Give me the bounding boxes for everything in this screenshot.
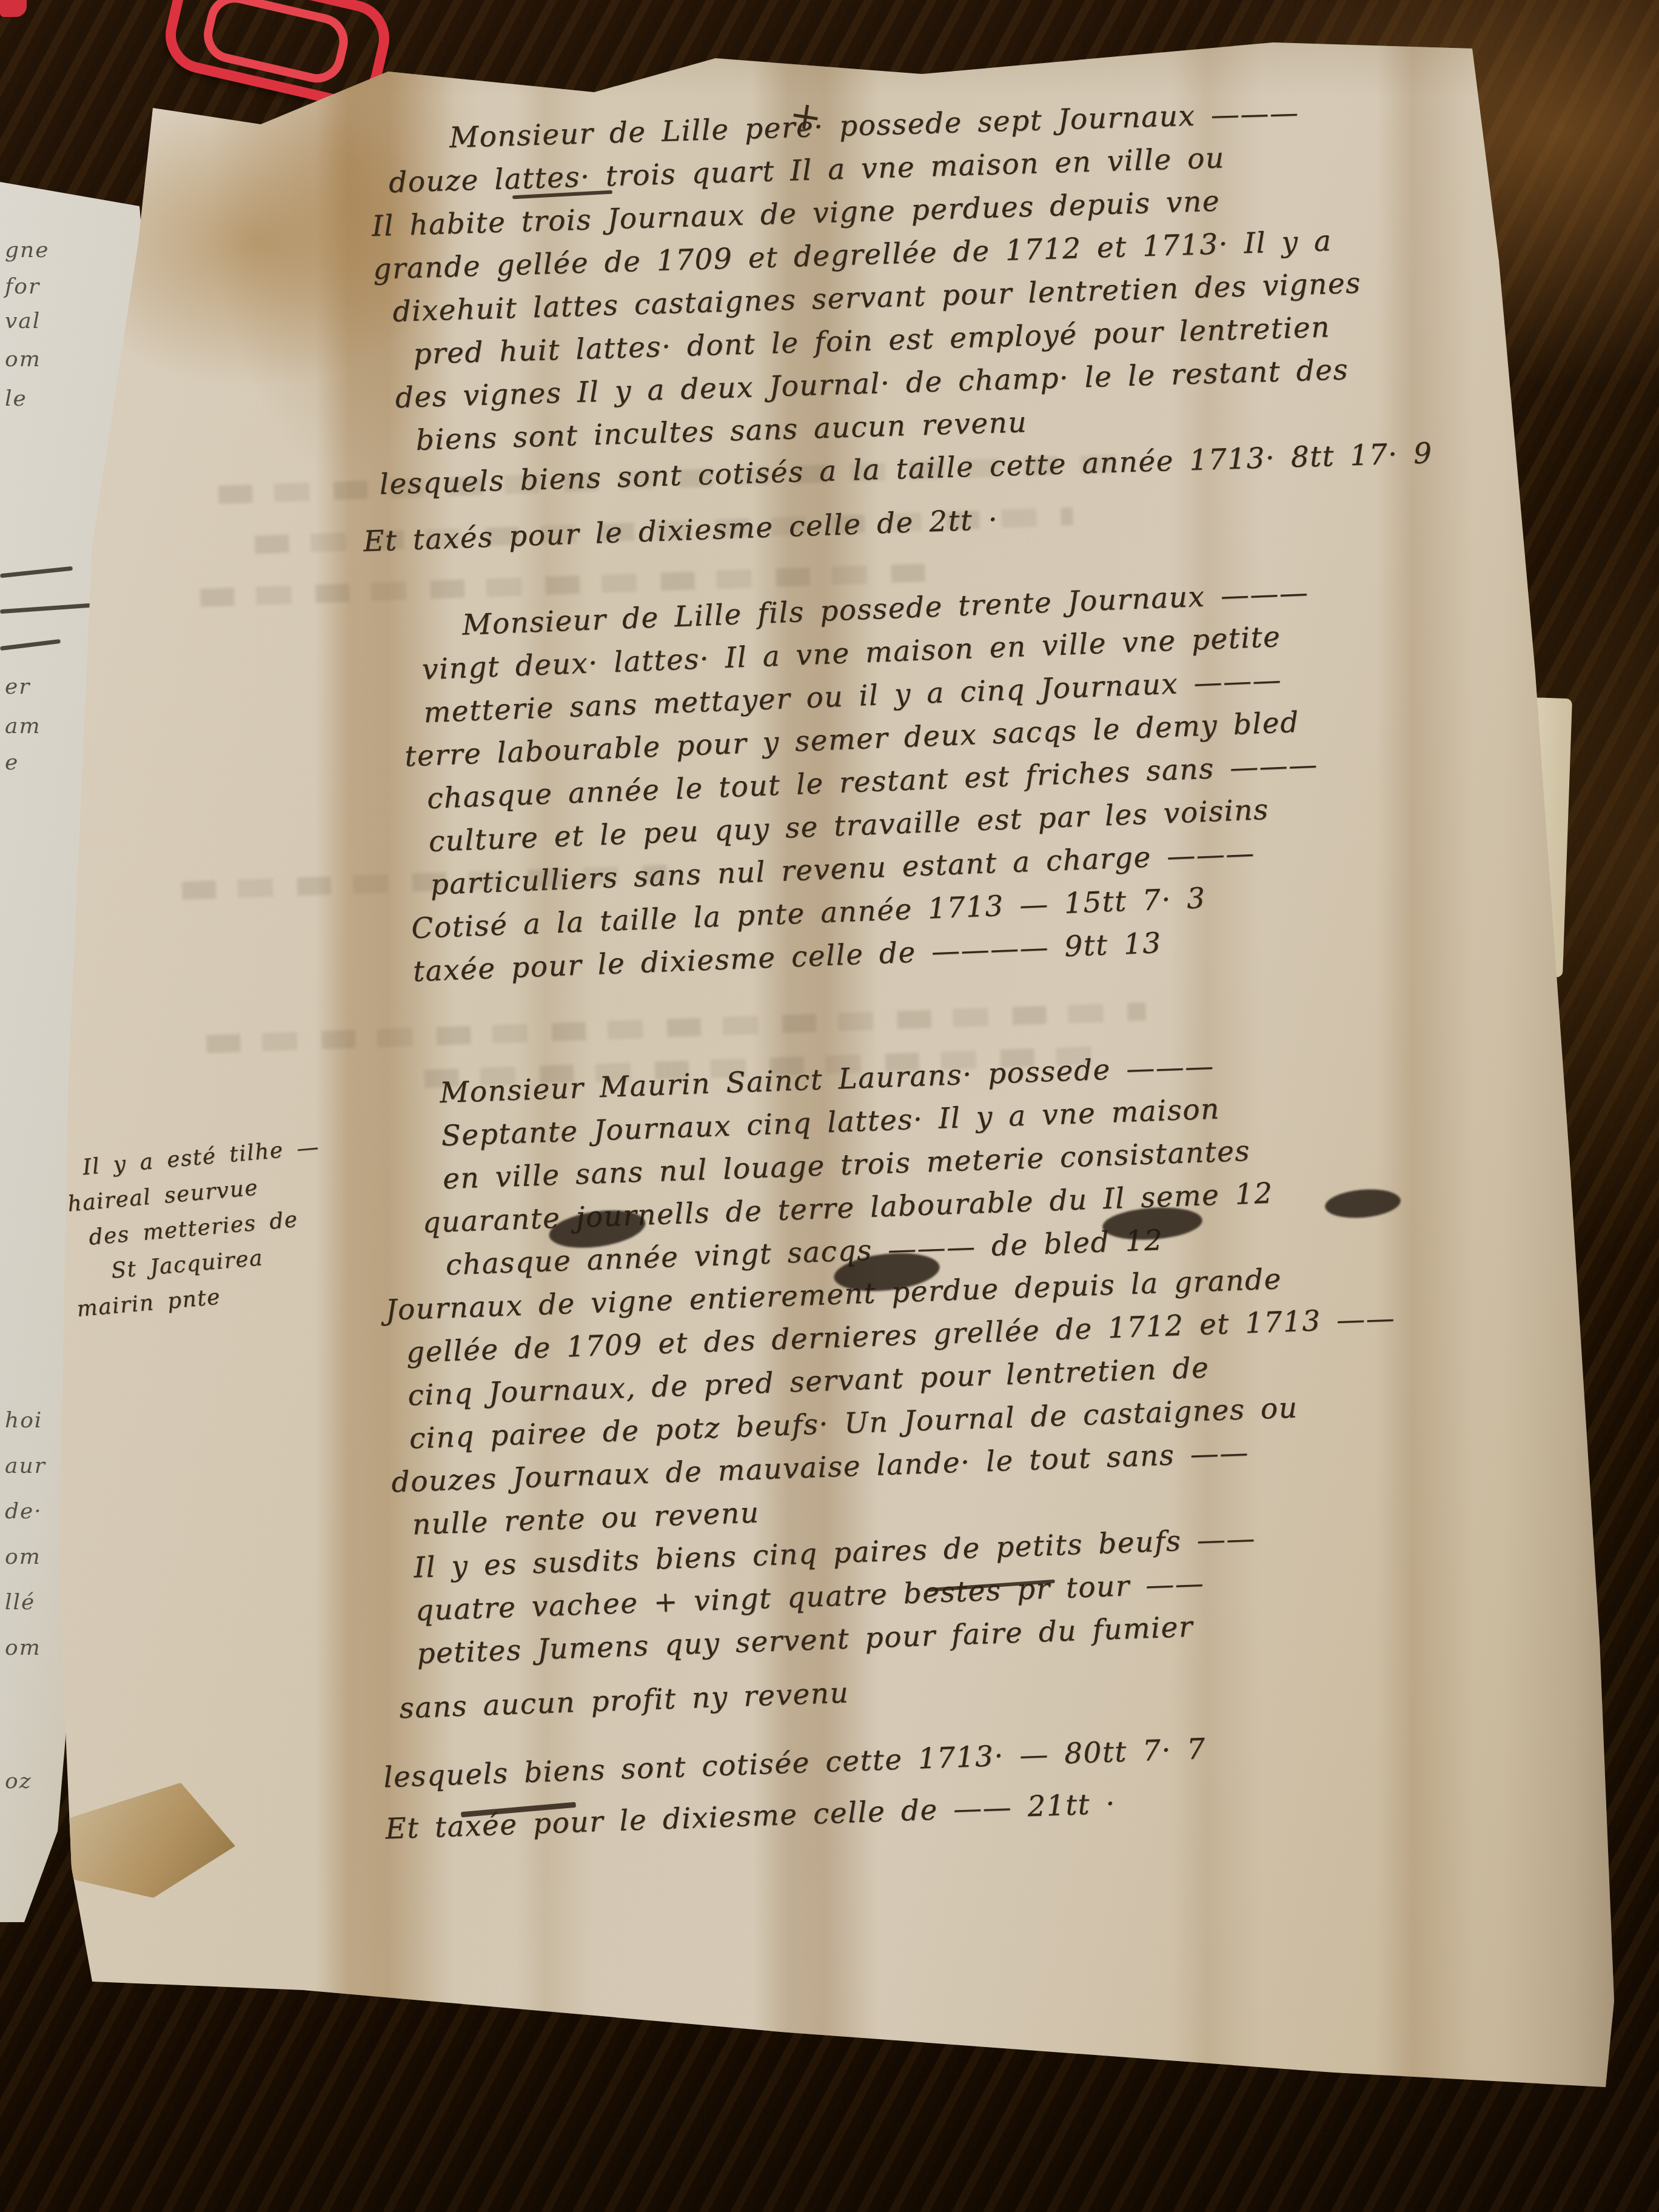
entry-2: Monsieur de Lille fils possede trente Jo… xyxy=(361,571,1326,995)
left-page-fragment: aur xyxy=(5,1455,46,1477)
left-page-fragment: val xyxy=(5,310,41,332)
left-page-fragment: am xyxy=(5,716,41,737)
left-page-fragment: gne xyxy=(5,240,50,261)
left-page-fragment: er xyxy=(5,676,31,698)
entry-1: Monsieur de Lille pere· possede sept Jou… xyxy=(369,87,1433,506)
page-crumple-corner xyxy=(53,1783,235,1898)
left-page-ink-stroke xyxy=(0,603,91,614)
red-paperclip-corner-bit xyxy=(0,0,27,17)
left-page-fragment: om xyxy=(5,349,41,370)
left-page-fragment: hoi xyxy=(5,1410,42,1432)
left-page-fragment: e xyxy=(5,752,19,774)
margin-note: Il y a esté tilhe — haireal seurvue des … xyxy=(63,1130,333,1327)
handwritten-line: Et taxés pour le dixiesme celle de 2tt · xyxy=(363,498,999,563)
manuscript-page: + Monsieur de Lille pere· possede sept J… xyxy=(0,0,1659,2212)
left-page-fragment: om xyxy=(5,1546,41,1568)
entry-3: Monsieur Maurin Sainct Laurans· possede … xyxy=(359,1039,1413,1851)
left-page-fragment: llé xyxy=(5,1592,35,1614)
left-page-fragment: le xyxy=(5,388,27,410)
left-page-ink-stroke xyxy=(0,639,61,651)
left-page-fragment: om xyxy=(5,1637,41,1659)
wood-table-background: { "cross_mark": "+", "entry1": { "lines"… xyxy=(0,0,1659,2212)
left-page-fragment: oz xyxy=(5,1771,32,1792)
left-page-fragment: de· xyxy=(5,1501,42,1523)
tax-line-entry-1: Et taxés pour le dixiesme celle de 2tt · xyxy=(363,498,999,563)
left-page-fragment: for xyxy=(5,276,40,298)
bleed-through-streak xyxy=(206,1002,1146,1053)
left-page-ink-stroke xyxy=(0,566,73,578)
